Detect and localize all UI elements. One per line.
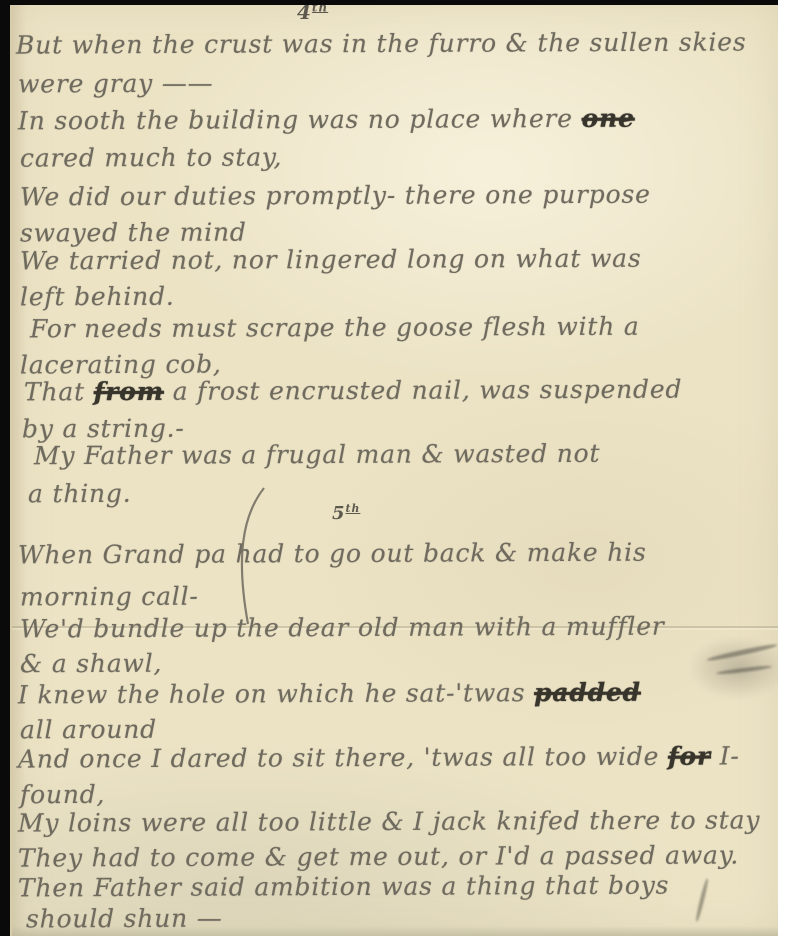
scanned-document: 4thBut when the crust was in the furro &…: [0, 0, 790, 936]
poem-line: For needs must scrape the goose flesh wi…: [30, 313, 640, 344]
ordinal-suffix: th: [346, 502, 361, 515]
text-segment: left behind.: [20, 282, 175, 312]
poem-line: My loins were all too little & I jack kn…: [18, 806, 760, 838]
ink-smudge-streak: [695, 878, 710, 922]
scan-background-right: [778, 0, 790, 936]
ordinal-number: 5: [332, 503, 346, 524]
text-segment: We did our duties promptly- there one pu…: [20, 180, 651, 212]
text-segment: found,: [20, 780, 105, 809]
poem-line: swayed the mind: [20, 219, 247, 249]
text-segment: My loins were all too little & I jack kn…: [18, 805, 760, 837]
text-segment: I-: [711, 741, 740, 770]
poem-line: Then Father said ambition was a thing th…: [18, 872, 669, 904]
poem-line: were gray ——: [18, 70, 214, 100]
poem-line: morning call-: [20, 583, 199, 613]
text-segment: should shun —: [26, 904, 223, 934]
text-segment: We'd bundle up the dear old man with a m…: [20, 612, 665, 644]
poem-line: But when the crust was in the furro & th…: [16, 28, 747, 60]
poem-line: And once I dared to sit there, 'twas all…: [18, 742, 740, 774]
poem-line: We did our duties promptly- there one pu…: [20, 181, 651, 213]
struck-word: padded: [534, 678, 641, 707]
poem-line: That from a frost encrusted nail, was su…: [24, 376, 682, 408]
text-segment: That: [24, 377, 94, 406]
manuscript-page: 4thBut when the crust was in the furro &…: [10, 0, 780, 936]
poem-line: should shun —: [26, 905, 223, 935]
text-segment: & a shawl,: [20, 649, 162, 679]
text-segment: a thing.: [28, 479, 132, 508]
poem-line: They had to come & get me out, or I'd a …: [18, 841, 739, 873]
text-segment: For needs must scrape the goose flesh wi…: [30, 312, 640, 344]
poem-line: a thing.: [28, 480, 132, 509]
struck-word: from: [94, 377, 164, 406]
poem-line: In sooth the building was no place where…: [18, 105, 635, 136]
poem-line: & a shawl,: [20, 650, 162, 679]
text-segment: were gray ——: [18, 69, 214, 99]
text-segment: They had to come & get me out, or I'd a …: [18, 840, 739, 872]
text-segment: I knew the hole on which he sat-'twas: [18, 678, 534, 709]
text-segment: swayed the mind: [20, 218, 247, 248]
stray-pen-stroke: [234, 486, 270, 628]
poem-line: cared much to stay,: [20, 143, 282, 173]
poem-line: My Father was a frugal man & wasted not: [34, 440, 600, 471]
poem-line: I knew the hole on which he sat-'twas pa…: [18, 679, 641, 710]
text-segment: cared much to stay,: [20, 142, 282, 172]
text-segment: We tarried not, nor lingered long on wha…: [20, 244, 642, 276]
text-segment: lacerating cob,: [20, 350, 222, 380]
poem-line: We tarried not, nor lingered long on wha…: [20, 245, 642, 276]
text-segment: morning call-: [20, 582, 199, 612]
poem-line: When Grand pa had to go out back & make …: [18, 539, 647, 570]
struck-word: one: [582, 104, 635, 133]
text-segment: My Father was a frugal man & wasted not: [34, 439, 600, 470]
text-segment: But when the crust was in the furro & th…: [16, 27, 747, 59]
text-segment: And once I dared to sit there, 'twas all…: [18, 742, 668, 774]
poem-line: We'd bundle up the dear old man with a m…: [20, 613, 665, 645]
poem-line: left behind.: [20, 283, 175, 312]
stanza-heading: 5th: [332, 502, 360, 524]
poem-line: all around: [20, 716, 157, 745]
text-segment: When Grand pa had to go out back & make …: [18, 538, 647, 570]
text-segment: all around: [20, 715, 157, 745]
scan-edge-top: [0, 0, 778, 5]
poem-line: found,: [20, 781, 105, 810]
text-segment: a frost encrusted nail, was suspended: [164, 375, 682, 406]
text-segment: In sooth the building was no place where: [18, 104, 582, 135]
struck-word: for: [668, 742, 711, 771]
poem-line: by a string.-: [22, 415, 185, 444]
text-segment: by a string.-: [22, 414, 185, 444]
text-segment: Then Father said ambition was a thing th…: [18, 871, 669, 903]
